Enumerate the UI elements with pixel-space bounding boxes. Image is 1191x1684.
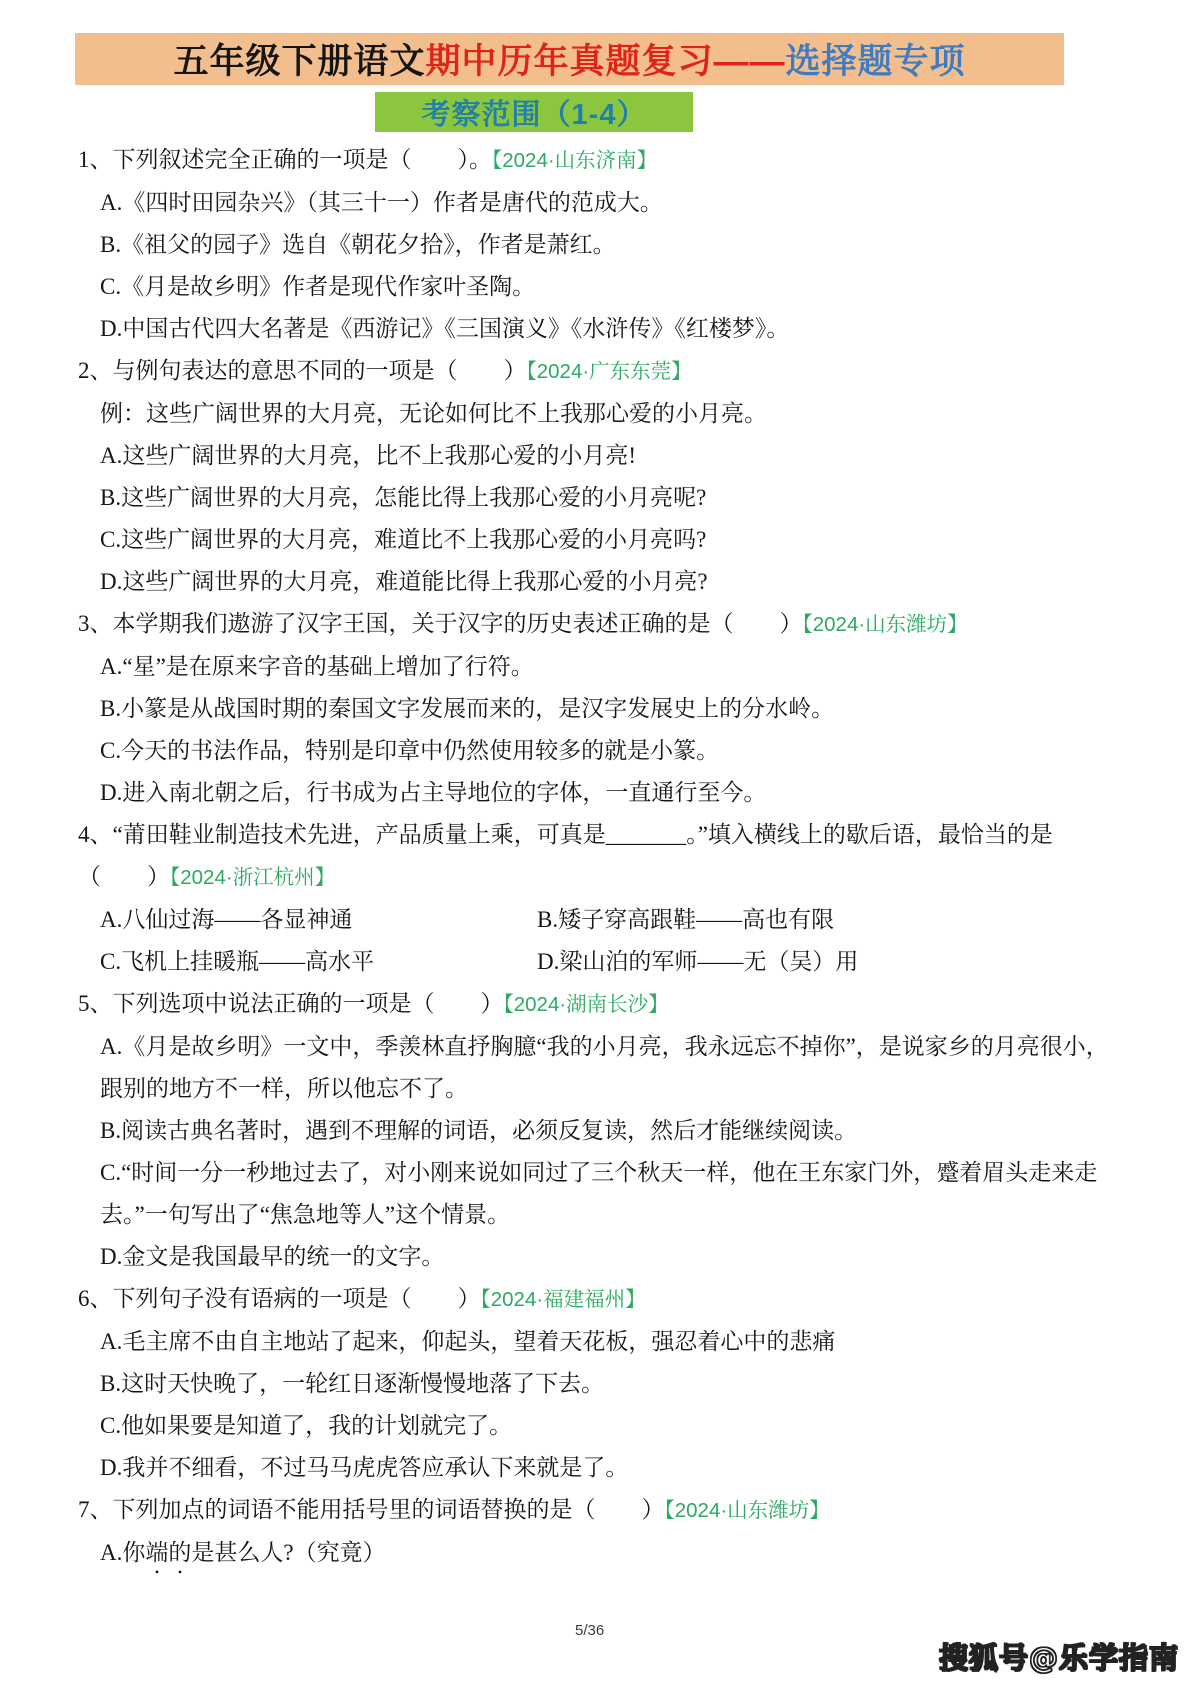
question-3-stem-text: 3、本学期我们遨游了汉字王国，关于汉字的历史表述正确的是（ ） bbox=[78, 611, 803, 636]
question-1-source-tag: 【2024·山东济南】 bbox=[492, 149, 657, 172]
title-part-grade: 五年级下册语文 bbox=[173, 42, 425, 81]
question-7-stem: 7、下列加点的词语不能用括号里的词语替换的是（ ）【2024·山东潍坊】 bbox=[78, 1489, 1128, 1532]
question-5-source-tag: 【2024·湖南长沙】 bbox=[504, 993, 669, 1016]
question-7-option-a-emphasized: 端的 bbox=[145, 1540, 191, 1565]
question-2-option-c: C.这些广阔世界的大月亮，难道比不上我那心爱的小月亮吗? bbox=[100, 519, 1128, 561]
scope-banner-text: 考察范围（1-4） bbox=[422, 92, 647, 133]
question-2-stem: 2、与例句表达的意思不同的一项是（ ）【2024·广东东莞】 bbox=[78, 350, 1128, 393]
question-6-source-tag: 【2024·福建福州】 bbox=[481, 1288, 646, 1311]
question-6-stem: 6、下列句子没有语病的一项是（ ）【2024·福建福州】 bbox=[78, 1278, 1128, 1321]
question-1-option-d: D.中国古代四大名著是《西游记》《三国演义》《水浒传》《红楼梦》。 bbox=[100, 308, 1128, 350]
question-3-stem: 3、本学期我们遨游了汉字王国，关于汉字的历史表述正确的是（ ）【2024·山东潍… bbox=[78, 603, 1128, 646]
question-4-option-c: C.飞机上挂暖瓶——高水平 bbox=[100, 941, 537, 983]
question-3-option-d: D.进入南北朝之后，行书成为占主导地位的字体，一直通行至今。 bbox=[100, 772, 1128, 814]
question-2: 2、与例句表达的意思不同的一项是（ ）【2024·广东东莞】 例：这些广阔世界的… bbox=[78, 350, 1128, 603]
question-4-options: A.八仙过海——各显神通 B.矮子穿高跟鞋——高也有限 C.飞机上挂暖瓶——高水… bbox=[100, 899, 1128, 983]
question-2-example: 例：这些广阔世界的大月亮，无论如何比不上我那心爱的小月亮。 bbox=[100, 393, 1128, 435]
title-banner: 五年级下册语文期中历年真题复习——选择题专项 bbox=[75, 33, 1064, 85]
question-2-option-b: B.这些广阔世界的大月亮，怎能比得上我那心爱的小月亮呢? bbox=[100, 477, 1128, 519]
question-2-option-a: A.这些广阔世界的大月亮，比不上我那心爱的小月亮! bbox=[100, 435, 1128, 477]
question-5-option-d: D.金文是我国最早的统一的文字。 bbox=[100, 1236, 1128, 1278]
question-6-option-d: D.我并不细看，不过马马虎虎答应承认下来就是了。 bbox=[100, 1447, 1128, 1489]
question-2-stem-text: 2、与例句表达的意思不同的一项是（ ） bbox=[78, 358, 527, 383]
question-6-option-b: B.这时天快晚了，一轮红日逐渐慢慢地落了下去。 bbox=[100, 1363, 1128, 1405]
question-7: 7、下列加点的词语不能用括号里的词语替换的是（ ）【2024·山东潍坊】 A.你… bbox=[78, 1489, 1128, 1579]
question-3: 3、本学期我们遨游了汉字王国，关于汉字的历史表述正确的是（ ）【2024·山东潍… bbox=[78, 603, 1128, 814]
scope-banner: 考察范围（1-4） bbox=[375, 92, 693, 132]
question-5-stem: 5、下列选项中说法正确的一项是（ ）【2024·湖南长沙】 bbox=[78, 983, 1128, 1026]
title-part-topic: 选择题专项 bbox=[786, 42, 966, 81]
question-5: 5、下列选项中说法正确的一项是（ ）【2024·湖南长沙】 A.《月是故乡明》一… bbox=[78, 983, 1128, 1278]
question-6-stem-text: 6、下列句子没有语病的一项是（ ） bbox=[78, 1286, 481, 1311]
page-title: 五年级下册语文期中历年真题复习——选择题专项 bbox=[173, 34, 965, 84]
question-7-option-a-post: 是甚么人?（究竟） bbox=[191, 1540, 385, 1565]
question-5-option-b: B.阅读古典名著时，遇到不理解的词语，必须反复读，然后才能继续阅读。 bbox=[100, 1110, 1128, 1152]
question-1-stem: 1、下列叙述完全正确的一项是（ ）。【2024·山东济南】 bbox=[78, 139, 1128, 182]
question-1-option-a: A.《四时田园杂兴》（其三十一）作者是唐代的范成大。 bbox=[100, 182, 1128, 224]
question-7-stem-text: 7、下列加点的词语不能用括号里的词语替换的是（ ） bbox=[78, 1497, 665, 1522]
question-3-source-tag: 【2024·山东潍坊】 bbox=[803, 613, 968, 636]
watermark: 搜狐号@乐学指南 bbox=[939, 1636, 1179, 1677]
question-list: 1、下列叙述完全正确的一项是（ ）。【2024·山东济南】 A.《四时田园杂兴》… bbox=[78, 139, 1128, 1579]
question-4: 4、“莆田鞋业制造技术先进，产品质量上乘，可真是_______。”填入横线上的歇… bbox=[78, 814, 1128, 983]
question-1-option-b: B.《祖父的园子》选自《朝花夕拾》，作者是萧红。 bbox=[100, 224, 1128, 266]
question-7-option-a-pre: A.你 bbox=[100, 1540, 145, 1565]
title-part-exam: 期中历年真题复习—— bbox=[425, 42, 785, 81]
question-5-option-a: A.《月是故乡明》一文中，季羡林直抒胸臆“我的小月亮，我永远忘不掉你”，是说家乡… bbox=[100, 1026, 1128, 1110]
question-1: 1、下列叙述完全正确的一项是（ ）。【2024·山东济南】 A.《四时田园杂兴》… bbox=[78, 139, 1128, 350]
question-4-option-a: A.八仙过海——各显神通 bbox=[100, 899, 537, 941]
question-5-option-c: C.“时间一分一秒地过去了，对小刚来说如同过了三个秋天一样，他在王东家门外，蹙着… bbox=[100, 1152, 1128, 1236]
question-4-source-tag: 【2024·浙江杭州】 bbox=[170, 866, 335, 889]
question-6: 6、下列句子没有语病的一项是（ ）【2024·福建福州】 A.毛主席不由自主地站… bbox=[78, 1278, 1128, 1489]
question-6-option-c: C.他如果要是知道了，我的计划就完了。 bbox=[100, 1405, 1128, 1447]
question-7-option-a: A.你端的是甚么人?（究竟） bbox=[100, 1532, 1128, 1579]
question-4-option-d: D.梁山泊的军师——无（吴）用 bbox=[537, 941, 1128, 983]
question-2-source-tag: 【2024·广东东莞】 bbox=[527, 360, 692, 383]
question-1-stem-text: 1、下列叙述完全正确的一项是（ ）。 bbox=[78, 147, 492, 172]
question-6-option-a: A.毛主席不由自主地站了起来，仰起头，望着天花板，强忍着心中的悲痛 bbox=[100, 1321, 1128, 1363]
question-3-option-b: B.小篆是从战国时期的秦国文字发展而来的，是汉字发展史上的分水岭。 bbox=[100, 688, 1128, 730]
question-2-option-d: D.这些广阔世界的大月亮，难道能比得上我那心爱的小月亮? bbox=[100, 561, 1128, 603]
question-1-option-c: C.《月是故乡明》作者是现代作家叶圣陶。 bbox=[100, 266, 1128, 308]
question-7-source-tag: 【2024·山东潍坊】 bbox=[665, 1499, 830, 1522]
question-4-stem: 4、“莆田鞋业制造技术先进，产品质量上乘，可真是_______。”填入横线上的歇… bbox=[78, 814, 1128, 899]
question-3-option-a: A.“星”是在原来字音的基础上增加了行符。 bbox=[100, 646, 1128, 688]
question-3-option-c: C.今天的书法作品，特别是印章中仍然使用较多的就是小篆。 bbox=[100, 730, 1128, 772]
question-4-option-b: B.矮子穿高跟鞋——高也有限 bbox=[537, 899, 1128, 941]
question-5-stem-text: 5、下列选项中说法正确的一项是（ ） bbox=[78, 991, 504, 1016]
page-number: 5/36 bbox=[575, 1622, 604, 1639]
document-page: 五年级下册语文期中历年真题复习——选择题专项 考察范围（1-4） 1、下列叙述完… bbox=[0, 0, 1191, 1684]
